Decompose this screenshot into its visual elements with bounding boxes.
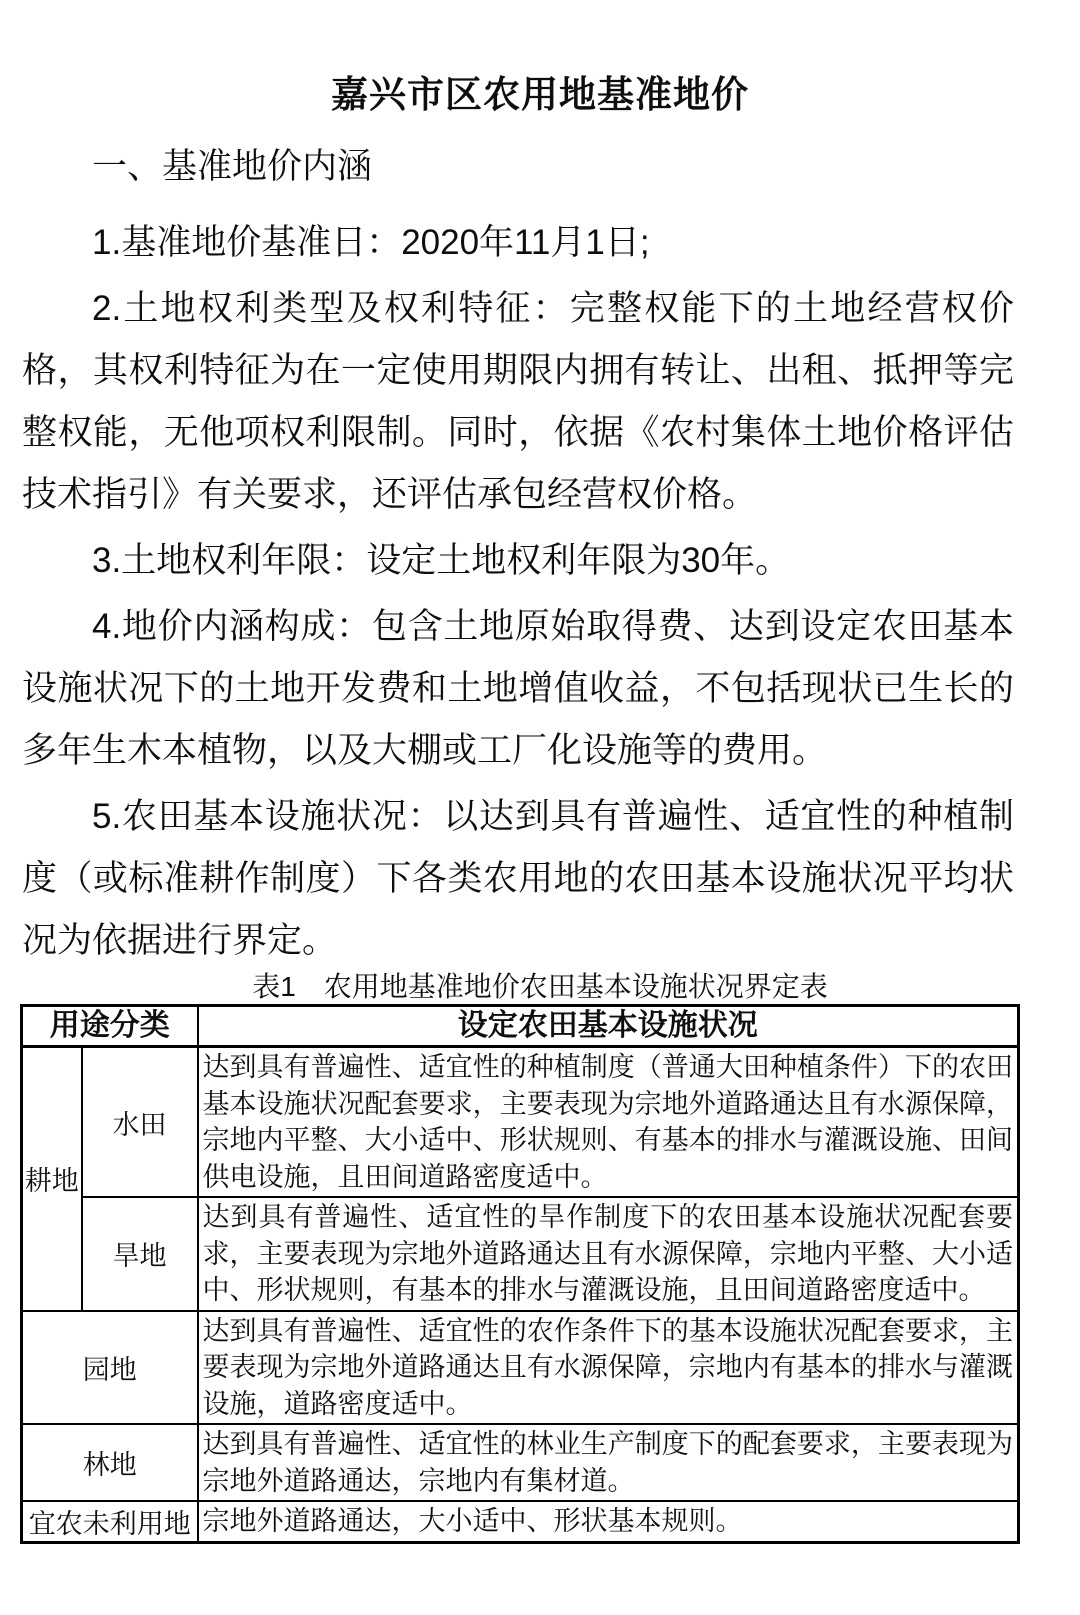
table-row-dry-land: 旱地 达到具有普遍性、适宜性的旱作制度下的农田基本设施状况配套要求，主要表现为宗… (22, 1197, 1019, 1311)
description-cell-arable-unused-land: 宗地外道路通达，大小适中、形状基本规则。 (198, 1501, 1019, 1543)
category-cell-forest-land: 林地 (22, 1424, 198, 1501)
subcategory-cell-paddy-field: 水田 (82, 1047, 198, 1198)
category-cell-garden-land: 园地 (22, 1311, 198, 1425)
paragraph-land-rights-term: 3.土地权利年限：设定土地权利年限为30年。 (22, 530, 1014, 592)
category-cell-arable-unused-land: 宜农未利用地 (22, 1501, 198, 1543)
document-title: 嘉兴市区农用地基准地价 (0, 76, 1080, 114)
document-body: 一、基准地价内涵 1.基准地价基准日：2020年11月1日; 2.土地权利类型及… (22, 136, 1014, 972)
header-usage-category: 用途分类 (22, 1006, 198, 1047)
category-cell-cultivated-land: 耕地 (22, 1047, 82, 1311)
table-header-row: 用途分类 设定农田基本设施状况 (22, 1006, 1019, 1047)
paragraph-farmland-facility-status: 5.农田基本设施状况：以达到具有普遍性、适宜性的种植制度（或标准耕作制度）下各类… (22, 786, 1014, 972)
subcategory-cell-dry-land: 旱地 (82, 1197, 198, 1311)
section-heading: 一、基准地价内涵 (22, 136, 1014, 198)
paragraph-price-composition: 4.地价内涵构成：包含土地原始取得费、达到设定农田基本设施状况下的土地开发费和土… (22, 596, 1014, 782)
table-row-forest-land: 林地 达到具有普遍性、适宜性的林业生产制度下的配套要求，主要表现为宗地外道路通达… (22, 1424, 1019, 1501)
table-row-arable-unused-land: 宜农未利用地 宗地外道路通达，大小适中、形状基本规则。 (22, 1501, 1019, 1543)
farmland-facility-definition-table: 用途分类 设定农田基本设施状况 耕地 水田 达到具有普遍性、适宜性的种植制度（普… (20, 1004, 1020, 1544)
description-cell-forest-land: 达到具有普遍性、适宜性的林业生产制度下的配套要求，主要表现为宗地外道路通达，宗地… (198, 1424, 1019, 1501)
paragraph-base-date: 1.基准地价基准日：2020年11月1日; (22, 212, 1014, 274)
description-cell-paddy-field: 达到具有普遍性、适宜性的种植制度（普通大田种植条件）下的农田基本设施状况配套要求… (198, 1047, 1019, 1198)
document-page: 嘉兴市区农用地基准地价 一、基准地价内涵 1.基准地价基准日：2020年11月1… (0, 0, 1080, 1615)
description-cell-garden-land: 达到具有普遍性、适宜性的农作条件下的基本设施状况配套要求，主要表现为宗地外道路通… (198, 1311, 1019, 1425)
table-row-paddy-field: 耕地 水田 达到具有普遍性、适宜性的种植制度（普通大田种植条件）下的农田基本设施… (22, 1047, 1019, 1198)
table-row-garden-land: 园地 达到具有普遍性、适宜性的农作条件下的基本设施状况配套要求，主要表现为宗地外… (22, 1311, 1019, 1425)
paragraph-land-rights-type: 2.土地权利类型及权利特征：完整权能下的土地经营权价格，其权利特征为在一定使用期… (22, 278, 1014, 526)
header-facility-condition: 设定农田基本设施状况 (198, 1006, 1019, 1047)
description-cell-dry-land: 达到具有普遍性、适宜性的旱作制度下的农田基本设施状况配套要求，主要表现为宗地外道… (198, 1197, 1019, 1311)
table-caption: 表1 农用地基准地价农田基本设施状况界定表 (0, 972, 1080, 1002)
